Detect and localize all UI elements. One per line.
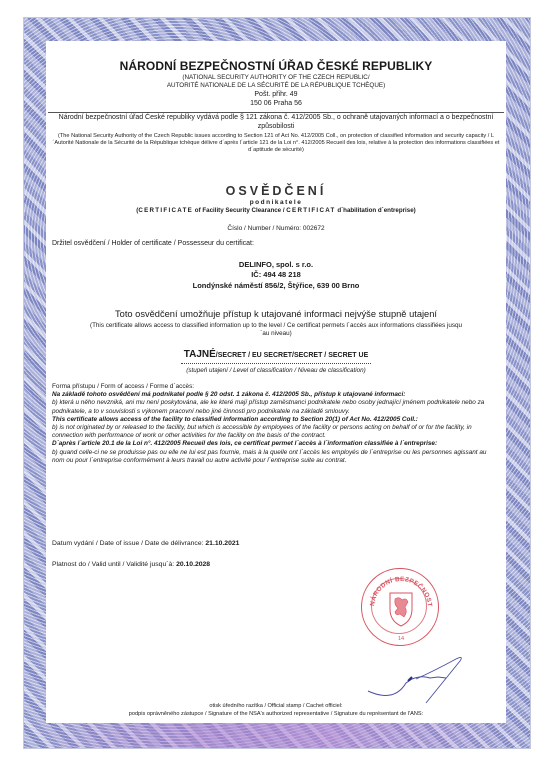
level-main: TAJNÉ [184, 349, 216, 360]
access-heading-cz: Na základě tohoto osvědčení má podnikate… [52, 391, 498, 399]
authority-name-fr: AUTORITÉ NATIONALE DE LA SÉCURITÉ DE LA … [46, 82, 506, 90]
issue-date: Datum vydání / Date of issue / Date de d… [52, 540, 239, 547]
form-of-access-section: Forma přístupu / Form of access / Forme … [52, 383, 498, 465]
title-fr-rest: d´habilitation d´entreprise) [336, 207, 416, 214]
official-stamp: NÁRODNÍ BEZPEČNOSTNÍ ÚŘAD 14 [361, 568, 439, 646]
authority-name-en: (NATIONAL SECURITY AUTHORITY OF THE CZEC… [46, 74, 506, 82]
access-heading-fr: D´après l´article 20.1 de la Loi n°. 412… [52, 440, 498, 448]
access-body-cz: b) která u něho nevzniká, ani mu není po… [52, 399, 498, 415]
issue-date-label: Datum vydání / Date of issue / Date de d… [52, 540, 205, 547]
title-fr-word: CERTIFICAT [286, 207, 335, 214]
certificate-subtitle: podnikatele [46, 199, 506, 206]
holder-company: DELINFO, spol. s r.o. [46, 260, 506, 269]
access-intro-cz: Toto osvědčení umožňuje přístup k utajov… [46, 309, 506, 319]
certificate-title: OSVĚDČENÍ [46, 184, 506, 198]
issuance-statement-en-fr: (The National Security Authority of the … [52, 133, 500, 154]
certificate-number: Číslo / Number / Numéro: 002672 [46, 225, 506, 232]
certificate-title-translation: (CERTIFICATE of Facility Security Cleara… [46, 207, 506, 214]
valid-until-label: Platnost do / Valid until / Validité jus… [52, 561, 176, 568]
certificate-document: NÁRODNÍ BEZPEČNOSTNÍ ÚŘAD ČESKÉ REPUBLIK… [46, 41, 506, 723]
header-divider [48, 112, 504, 113]
title-en-rest: of Facility Security Clearance / [193, 207, 286, 214]
holder-label: Držitel osvědčení / Holder of certificat… [52, 240, 254, 247]
holder-address: Londýnské náměstí 856/2, Štýřice, 639 00… [46, 281, 506, 290]
stamp-label: otisk úředního razítka / Official stamp … [46, 703, 506, 709]
po-box: Pošt. přihr. 49 [46, 90, 506, 99]
access-label: Forma přístupu / Form of access / Forme … [52, 383, 498, 391]
access-heading-en: This certificate allows access of the fa… [52, 416, 498, 424]
issuance-statement-cz: Národní bezpečnostní úřad České republik… [52, 114, 500, 131]
title-en-word: CERTIFICATE [138, 207, 193, 214]
valid-until: Platnost do / Valid until / Validité jus… [52, 561, 210, 568]
level-dotted-line [181, 363, 371, 364]
stamp-lion-emblem-icon: NÁRODNÍ BEZPEČNOSTNÍ ÚŘAD 14 [362, 569, 440, 647]
holder-ic: IČ: 494 48 218 [46, 270, 506, 279]
access-intro-en-fr: (This certificate allows access to class… [46, 322, 506, 338]
level-rest: /SECRET / EU SECRET/SECRET / SECRET UE [216, 352, 368, 359]
access-body-fr: b) quand celle-ci ne se produisse pas ou… [52, 449, 498, 465]
postal-address: 150 06 Praha 56 [46, 99, 506, 108]
access-body-en: b) is not originated by or released to t… [52, 424, 498, 440]
svg-text:14: 14 [398, 636, 404, 642]
classification-level: TAJNÉ/SECRET / EU SECRET/SECRET / SECRET… [46, 349, 506, 360]
signature-label: podpis oprávněného zástupce / Signature … [46, 711, 506, 717]
authority-name: NÁRODNÍ BEZPEČNOSTNÍ ÚŘAD ČESKÉ REPUBLIK… [46, 59, 506, 73]
issue-date-value: 21.10.2021 [205, 540, 239, 547]
valid-until-value: 20.10.2028 [176, 561, 210, 568]
level-label: (stupeň utajení / Level of classificatio… [46, 367, 506, 374]
signature [364, 651, 474, 706]
